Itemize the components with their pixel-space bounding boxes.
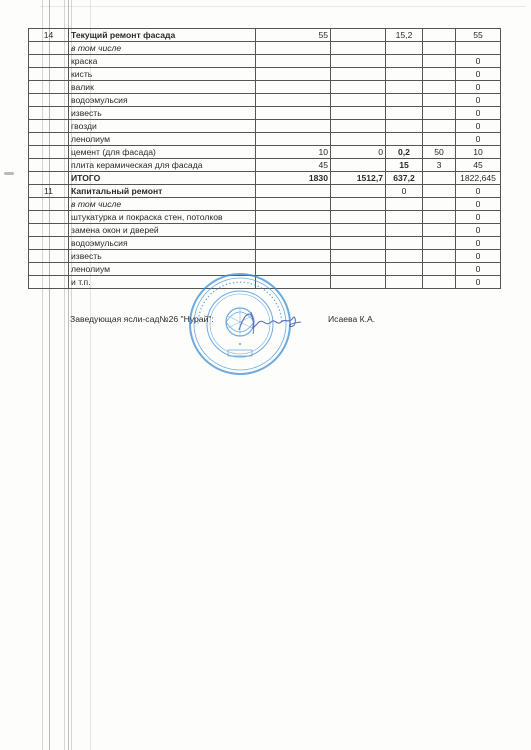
quantity [386, 55, 423, 68]
item-name: замена окон и дверей [69, 224, 256, 237]
unit-price [423, 224, 456, 237]
row-number [29, 198, 69, 211]
actual-amount [331, 107, 386, 120]
total-amount: 1822,645 [456, 172, 501, 185]
row-number [29, 211, 69, 224]
table-row: краска0 [29, 55, 501, 68]
row-number [29, 81, 69, 94]
row-number [29, 250, 69, 263]
actual-amount [331, 198, 386, 211]
quantity: 15,2 [386, 29, 423, 42]
unit-price: 3 [423, 159, 456, 172]
unit-price [423, 81, 456, 94]
actual-amount: 1512,7 [331, 172, 386, 185]
table-row: 14Текущий ремонт фасада5515,255 [29, 29, 501, 42]
row-number [29, 159, 69, 172]
handwritten-signature [235, 306, 305, 336]
planned-amount [256, 198, 331, 211]
item-name: цемент (для фасада) [69, 146, 256, 159]
actual-amount [331, 42, 386, 55]
actual-amount [331, 29, 386, 42]
table-row: водоэмульсия0 [29, 94, 501, 107]
quantity [386, 81, 423, 94]
total-amount: 0 [456, 133, 501, 146]
actual-amount [331, 224, 386, 237]
quantity [386, 94, 423, 107]
item-name: в том числе [69, 42, 256, 55]
total-amount: 10 [456, 146, 501, 159]
unit-price [423, 185, 456, 198]
total-amount: 0 [456, 250, 501, 263]
item-name: валик [69, 81, 256, 94]
table-row: замена окон и дверей0 [29, 224, 501, 237]
unit-price [423, 250, 456, 263]
actual-amount [331, 250, 386, 263]
margin-mark [4, 172, 14, 175]
quantity [386, 224, 423, 237]
table-row: плита керамическая для фасада4515345 [29, 159, 501, 172]
total-amount: 45 [456, 159, 501, 172]
quantity [386, 198, 423, 211]
table-row: цемент (для фасада)1000,25010 [29, 146, 501, 159]
quantity [386, 237, 423, 250]
row-number [29, 68, 69, 81]
unit-price [423, 120, 456, 133]
planned-amount [256, 68, 331, 81]
planned-amount [256, 120, 331, 133]
table-row: штукатурка и покраска стен, потолков0 [29, 211, 501, 224]
quantity [386, 120, 423, 133]
unit-price [423, 198, 456, 211]
unit-price [423, 107, 456, 120]
planned-amount [256, 133, 331, 146]
quantity: 637,2 [386, 172, 423, 185]
quantity [386, 107, 423, 120]
actual-amount [331, 159, 386, 172]
total-amount: 0 [456, 94, 501, 107]
item-name: известь [69, 107, 256, 120]
unit-price [423, 94, 456, 107]
planned-amount [256, 211, 331, 224]
item-name: Текущий ремонт фасада [69, 29, 256, 42]
quantity [386, 68, 423, 81]
actual-amount [331, 185, 386, 198]
quantity [386, 263, 423, 276]
table-row: водоэмульсия0 [29, 237, 501, 250]
quantity [386, 276, 423, 289]
signatory-name: Исаева К.А. [328, 314, 375, 324]
table-row: ИТОГО18301512,7637,21822,645 [29, 172, 501, 185]
item-name: ленолиум [69, 133, 256, 146]
item-name: водоэмульсия [69, 94, 256, 107]
actual-amount [331, 55, 386, 68]
quantity [386, 250, 423, 263]
table-row: ленолиум0 [29, 133, 501, 146]
quantity [386, 211, 423, 224]
row-number: 11 [29, 185, 69, 198]
unit-price [423, 42, 456, 55]
planned-amount [256, 250, 331, 263]
table-row: валик0 [29, 81, 501, 94]
planned-amount [256, 81, 331, 94]
row-number [29, 146, 69, 159]
quantity [386, 133, 423, 146]
item-name: кисть [69, 68, 256, 81]
row-number [29, 107, 69, 120]
item-name: Капитальный ремонт [69, 185, 256, 198]
table-row: кисть0 [29, 68, 501, 81]
planned-amount [256, 185, 331, 198]
item-name: водоэмульсия [69, 237, 256, 250]
row-number [29, 224, 69, 237]
row-number: 14 [29, 29, 69, 42]
table-row: в том числе [29, 42, 501, 55]
unit-price: 50 [423, 146, 456, 159]
unit-price [423, 276, 456, 289]
unit-price [423, 211, 456, 224]
quantity [386, 42, 423, 55]
total-amount: 0 [456, 81, 501, 94]
planned-amount: 1830 [256, 172, 331, 185]
actual-amount [331, 120, 386, 133]
actual-amount [331, 133, 386, 146]
quantity: 0 [386, 185, 423, 198]
row-number [29, 263, 69, 276]
row-number [29, 120, 69, 133]
item-name: краска [69, 55, 256, 68]
quantity: 0,2 [386, 146, 423, 159]
repair-cost-table: 14Текущий ремонт фасада5515,255в том чис… [28, 28, 501, 289]
total-amount: 0 [456, 224, 501, 237]
planned-amount [256, 94, 331, 107]
item-name: гвозди [69, 120, 256, 133]
row-number [29, 237, 69, 250]
planned-amount [256, 237, 331, 250]
table-row: известь0 [29, 107, 501, 120]
unit-price [423, 55, 456, 68]
actual-amount [331, 94, 386, 107]
total-amount: 0 [456, 211, 501, 224]
unit-price [423, 263, 456, 276]
table-row: гвозди0 [29, 120, 501, 133]
item-name: штукатурка и покраска стен, потолков [69, 211, 256, 224]
table-row: известь0 [29, 250, 501, 263]
table-row: в том числе0 [29, 198, 501, 211]
planned-amount [256, 42, 331, 55]
total-amount: 0 [456, 263, 501, 276]
total-amount: 0 [456, 185, 501, 198]
item-name: в том числе [69, 198, 256, 211]
actual-amount [331, 211, 386, 224]
total-amount: 0 [456, 198, 501, 211]
item-name: плита керамическая для фасада [69, 159, 256, 172]
actual-amount: 0 [331, 146, 386, 159]
planned-amount [256, 107, 331, 120]
row-number [29, 42, 69, 55]
item-name: ИТОГО [69, 172, 256, 185]
unit-price [423, 29, 456, 42]
row-number [29, 172, 69, 185]
actual-amount [331, 81, 386, 94]
total-amount: 0 [456, 68, 501, 81]
total-amount: 0 [456, 276, 501, 289]
unit-price [423, 133, 456, 146]
item-name: известь [69, 250, 256, 263]
row-number [29, 276, 69, 289]
total-amount [456, 42, 501, 55]
actual-amount [331, 237, 386, 250]
planned-amount: 10 [256, 146, 331, 159]
unit-price [423, 68, 456, 81]
quantity: 15 [386, 159, 423, 172]
planned-amount [256, 55, 331, 68]
total-amount: 0 [456, 237, 501, 250]
row-number [29, 133, 69, 146]
planned-amount: 55 [256, 29, 331, 42]
unit-price [423, 172, 456, 185]
table-row: 11Капитальный ремонт00 [29, 185, 501, 198]
total-amount: 0 [456, 107, 501, 120]
total-amount: 0 [456, 120, 501, 133]
total-amount: 0 [456, 55, 501, 68]
scan-edge [40, 6, 526, 7]
actual-amount [331, 68, 386, 81]
position-title: Заведующая ясли-сад№26 "Нурай": [70, 314, 214, 324]
row-number [29, 55, 69, 68]
unit-price [423, 237, 456, 250]
actual-amount [331, 263, 386, 276]
planned-amount: 45 [256, 159, 331, 172]
planned-amount [256, 224, 331, 237]
total-amount: 55 [456, 29, 501, 42]
row-number [29, 94, 69, 107]
actual-amount [331, 276, 386, 289]
